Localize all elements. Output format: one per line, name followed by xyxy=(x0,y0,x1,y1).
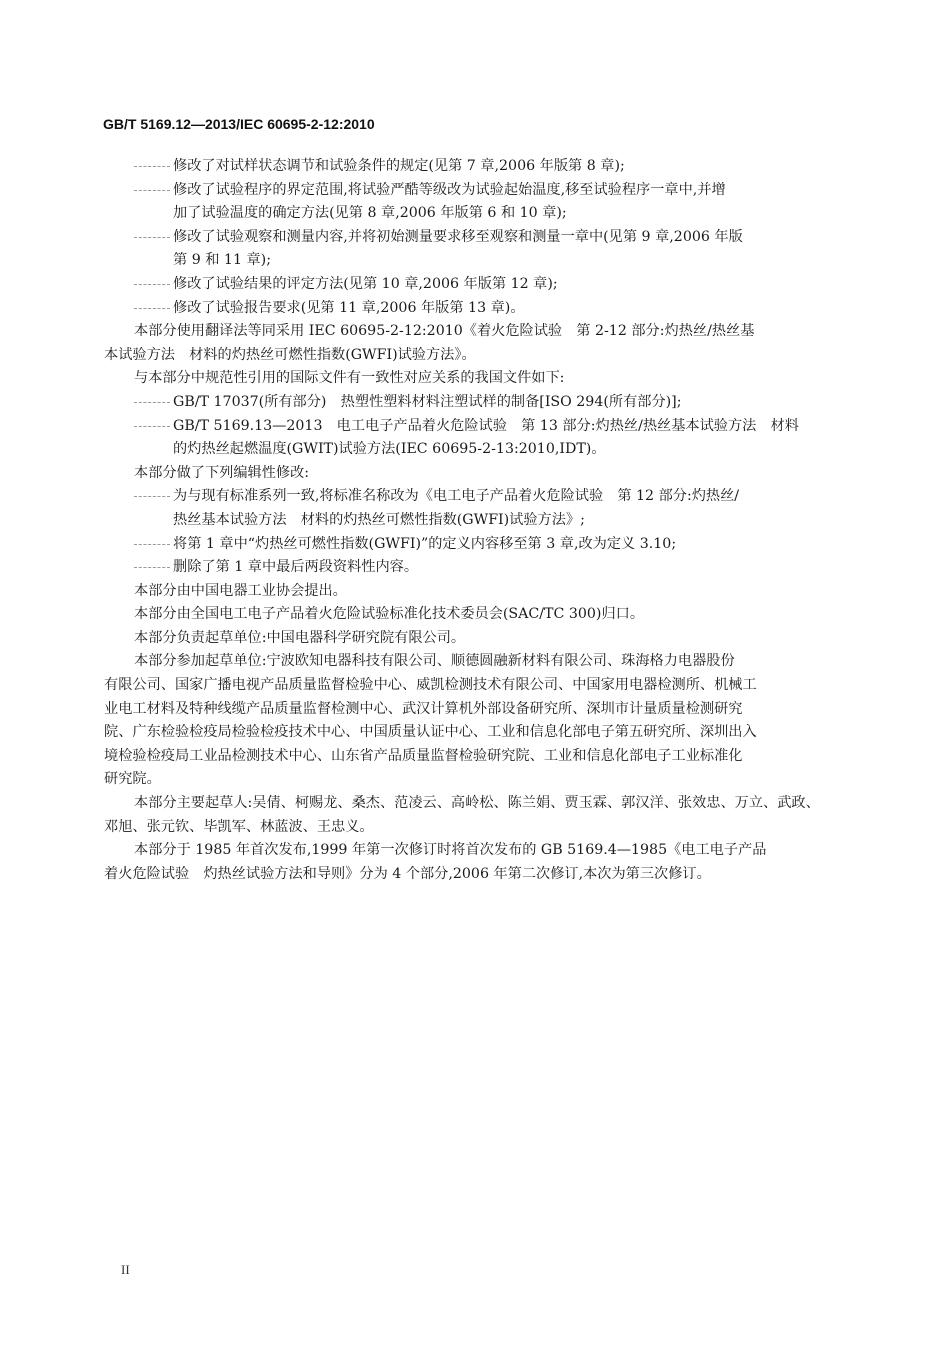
list-item: 修改了试验结果的评定方法(见第 10 章,2006 年版第 12 章); xyxy=(104,273,856,297)
list-item-continuation: 热丝基本试验方法 材料的灼热丝可燃性指数(GWFI)试验方法》; xyxy=(104,509,856,533)
list-item: 删除了第 1 章中最后两段资料性内容。 xyxy=(104,556,856,580)
dash-bullet-icon xyxy=(134,308,170,309)
list-item-continuation: 第 9 和 11 章); xyxy=(104,249,856,273)
list-item: 修改了试验报告要求(见第 11 章,2006 年版第 13 章)。 xyxy=(104,297,856,321)
main-drafters-paragraph: 本部分主要起草人:吴倩、柯赐龙、桑杰、范凌云、高岭松、陈兰娟、贾玉霖、郭汉洋、张… xyxy=(104,792,856,839)
proposed-by-paragraph: 本部分由中国电器工业协会提出。 xyxy=(104,580,856,604)
references-intro: 与本部分中规范性引用的国际文件有一致性对应关系的我国文件如下: xyxy=(104,367,856,391)
list-item-continuation: 加了试验温度的确定方法(见第 8 章,2006 年版第 6 和 10 章); xyxy=(104,202,856,226)
dash-bullet-icon xyxy=(134,166,170,167)
dash-bullet-icon xyxy=(134,284,170,285)
dash-bullet-icon xyxy=(134,426,170,427)
list-item-continuation: 的灼热丝起燃温度(GWIT)试验方法(IEC 60695-2-13:2010,I… xyxy=(104,438,856,462)
dash-bullet-icon xyxy=(134,190,170,191)
list-item: 将第 1 章中“灼热丝可燃性指数(GWFI)”的定义内容移至第 3 章,改为定义… xyxy=(104,533,856,557)
list-item: 为与现有标准系列一致,将标准名称改为《电工电子产品着火危险试验 第 12 部分:… xyxy=(104,485,856,509)
dash-bullet-icon xyxy=(134,402,170,403)
foreword-body: 修改了对试样状态调节和试验条件的规定(见第 7 章,2006 年版第 8 章);… xyxy=(104,155,856,886)
centralized-by-paragraph: 本部分由全国电工电子产品着火危险试验标准化技术委员会(SAC/TC 300)归口… xyxy=(104,603,856,627)
history-paragraph: 本部分于 1985 年首次发布,1999 年第一次修订时将首次发布的 GB 51… xyxy=(104,839,856,886)
list-item: GB/T 5169.13—2013 电工电子产品着火危险试验 第 13 部分:灼… xyxy=(104,415,856,439)
drafting-unit-paragraph: 本部分负责起草单位:中国电器科学研究院有限公司。 xyxy=(104,627,856,651)
list-item: 修改了对试样状态调节和试验条件的规定(见第 7 章,2006 年版第 8 章); xyxy=(104,155,856,179)
dash-bullet-icon xyxy=(134,567,170,568)
technical-changes-list: 修改了对试样状态调节和试验条件的规定(见第 7 章,2006 年版第 8 章);… xyxy=(104,155,856,320)
list-item: 修改了试验程序的界定范围,将试验严酷等级改为试验起始温度,移至试验程序一章中,并… xyxy=(104,179,856,203)
list-item: 修改了试验观察和测量内容,并将初始测量要求移至观察和测量一章中(见第 9 章,2… xyxy=(104,226,856,250)
references-list: GB/T 17037(所有部分) 热塑性塑料材料注塑试样的制备[ISO 294(… xyxy=(104,391,856,462)
editorial-changes-list: 为与现有标准系列一致,将标准名称改为《电工电子产品着火危险试验 第 12 部分:… xyxy=(104,485,856,579)
page-number: II xyxy=(121,1262,130,1278)
dash-bullet-icon xyxy=(134,237,170,238)
translation-paragraph: 本部分使用翻译法等同采用 IEC 60695-2-12:2010《着火危险试验 … xyxy=(104,320,856,367)
dash-bullet-icon xyxy=(134,496,170,497)
editorial-intro: 本部分做了下列编辑性修改: xyxy=(104,462,856,486)
dash-bullet-icon xyxy=(134,544,170,545)
standard-number-header: GB/T 5169.12—2013/IEC 60695-2-12:2010 xyxy=(103,116,375,132)
participating-units-paragraph: 本部分参加起草单位:宁波欧知电器科技有限公司、顺德圆融新材料有限公司、珠海格力电… xyxy=(104,650,856,792)
list-item: GB/T 17037(所有部分) 热塑性塑料材料注塑试样的制备[ISO 294(… xyxy=(104,391,856,415)
